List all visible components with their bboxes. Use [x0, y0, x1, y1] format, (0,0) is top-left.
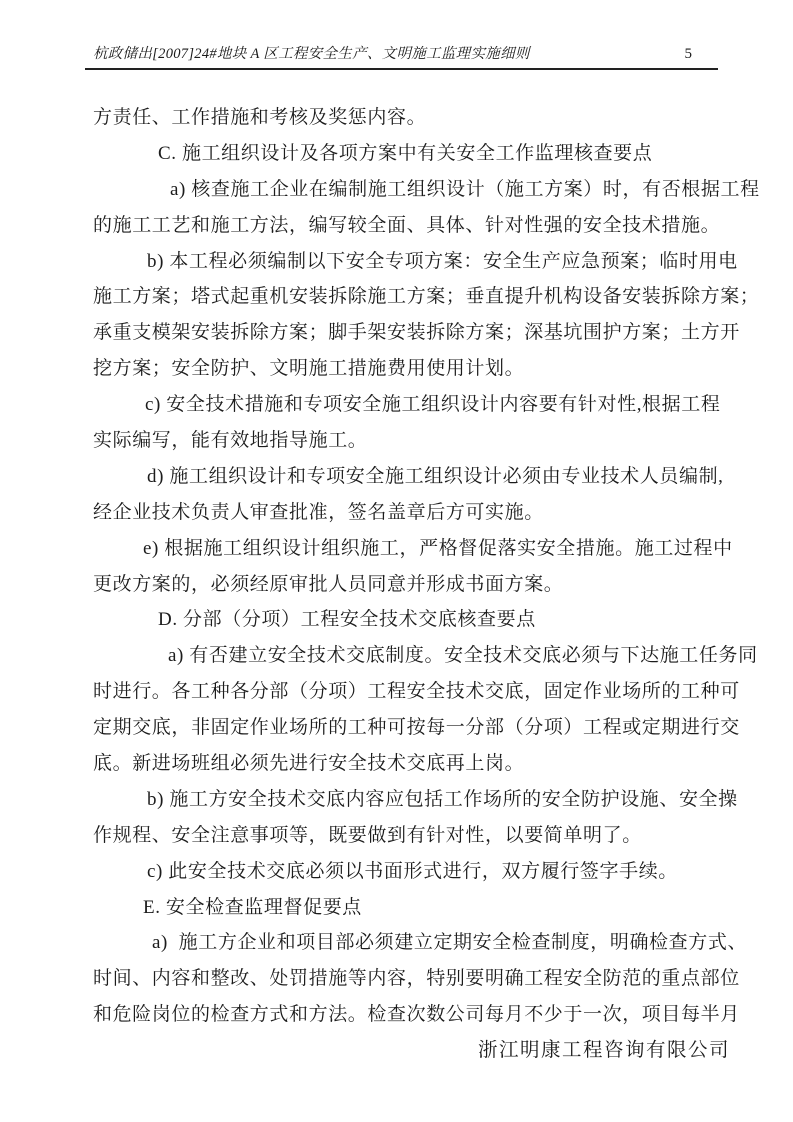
- text-line: 挖方案；安全防护、文明施工措施费用使用计划。: [93, 351, 730, 387]
- text-line: 定期交底，非固定作业场所的工种可按每一分部（分项）工程或定期进行交: [93, 710, 730, 746]
- page-number: 5: [685, 46, 693, 63]
- document-body: 方责任、工作措施和考核及奖惩内容。C. 施工组织设计及各项方案中有关安全工作监理…: [93, 100, 730, 1069]
- text-line: e) 根据施工组织设计组织施工，严格督促落实安全措施。施工过程中: [93, 531, 730, 567]
- page-header: 杭政储出[2007]24#地块 A 区工程安全生产、文明施工监理实施细则 5: [85, 42, 718, 70]
- text-line: C. 施工组织设计及各项方案中有关安全工作监理核查要点: [93, 136, 730, 172]
- text-line: 方责任、工作措施和考核及奖惩内容。: [93, 100, 730, 136]
- text-line: 的施工工艺和施工方法，编写较全面、具体、针对性强的安全技术措施。: [93, 208, 730, 244]
- text-line: 时进行。各工种各分部（分项）工程安全技术交底，固定作业场所的工种可: [93, 674, 730, 710]
- text-line: a) 核查施工企业在编制施工组织设计（施工方案）时，有否根据工程: [93, 172, 730, 208]
- document-page: 杭政储出[2007]24#地块 A 区工程安全生产、文明施工监理实施细则 5 方…: [0, 0, 793, 1122]
- text-line: E. 安全检查监理督促要点: [93, 890, 730, 926]
- text-line: 施工方案；塔式起重机安装拆除施工方案；垂直提升机构设备安装拆除方案；: [93, 279, 730, 315]
- text-line: c) 安全技术措施和专项安全施工组织设计内容要有针对性,根据工程: [93, 387, 730, 423]
- text-line: d) 施工组织设计和专项安全施工组织设计必须由专业技术人员编制,: [93, 459, 730, 495]
- text-line: 更改方案的，必须经原审批人员同意并形成书面方案。: [93, 567, 730, 603]
- text-line: 承重支模架安装拆除方案；脚手架安装拆除方案；深基坑围护方案；土方开: [93, 315, 730, 351]
- page-footer-company: 浙江明康工程咨询有限公司: [93, 1033, 730, 1069]
- text-line: D. 分部（分项）工程安全技术交底核查要点: [93, 602, 730, 638]
- text-line: 作规程、安全注意事项等，既要做到有针对性，以要简单明了。: [93, 818, 730, 854]
- text-line: c) 此安全技术交底必须以书面形式进行，双方履行签字手续。: [93, 854, 730, 890]
- text-line: 经企业技术负责人审查批准，签名盖章后方可实施。: [93, 495, 730, 531]
- text-line: b) 本工程必须编制以下安全专项方案：安全生产应急预案；临时用电: [93, 244, 730, 280]
- text-line: a) 施工方企业和项目部必须建立定期安全检查制度，明确检查方式、: [93, 925, 730, 961]
- header-title: 杭政储出[2007]24#地块 A 区工程安全生产、文明施工监理实施细则: [85, 42, 530, 63]
- text-line: 时间、内容和整改、处罚措施等内容，特别要明确工程安全防范的重点部位: [93, 961, 730, 997]
- text-line: 底。新进场班组必须先进行安全技术交底再上岗。: [93, 746, 730, 782]
- text-line: a) 有否建立安全技术交底制度。安全技术交底必须与下达施工任务同: [93, 638, 730, 674]
- text-line: b) 施工方安全技术交底内容应包括工作场所的安全防护设施、安全操: [93, 782, 730, 818]
- text-line: 实际编写，能有效地指导施工。: [93, 423, 730, 459]
- text-line: 和危险岗位的检查方式和方法。检查次数公司每月不少于一次，项目每半月: [93, 997, 730, 1033]
